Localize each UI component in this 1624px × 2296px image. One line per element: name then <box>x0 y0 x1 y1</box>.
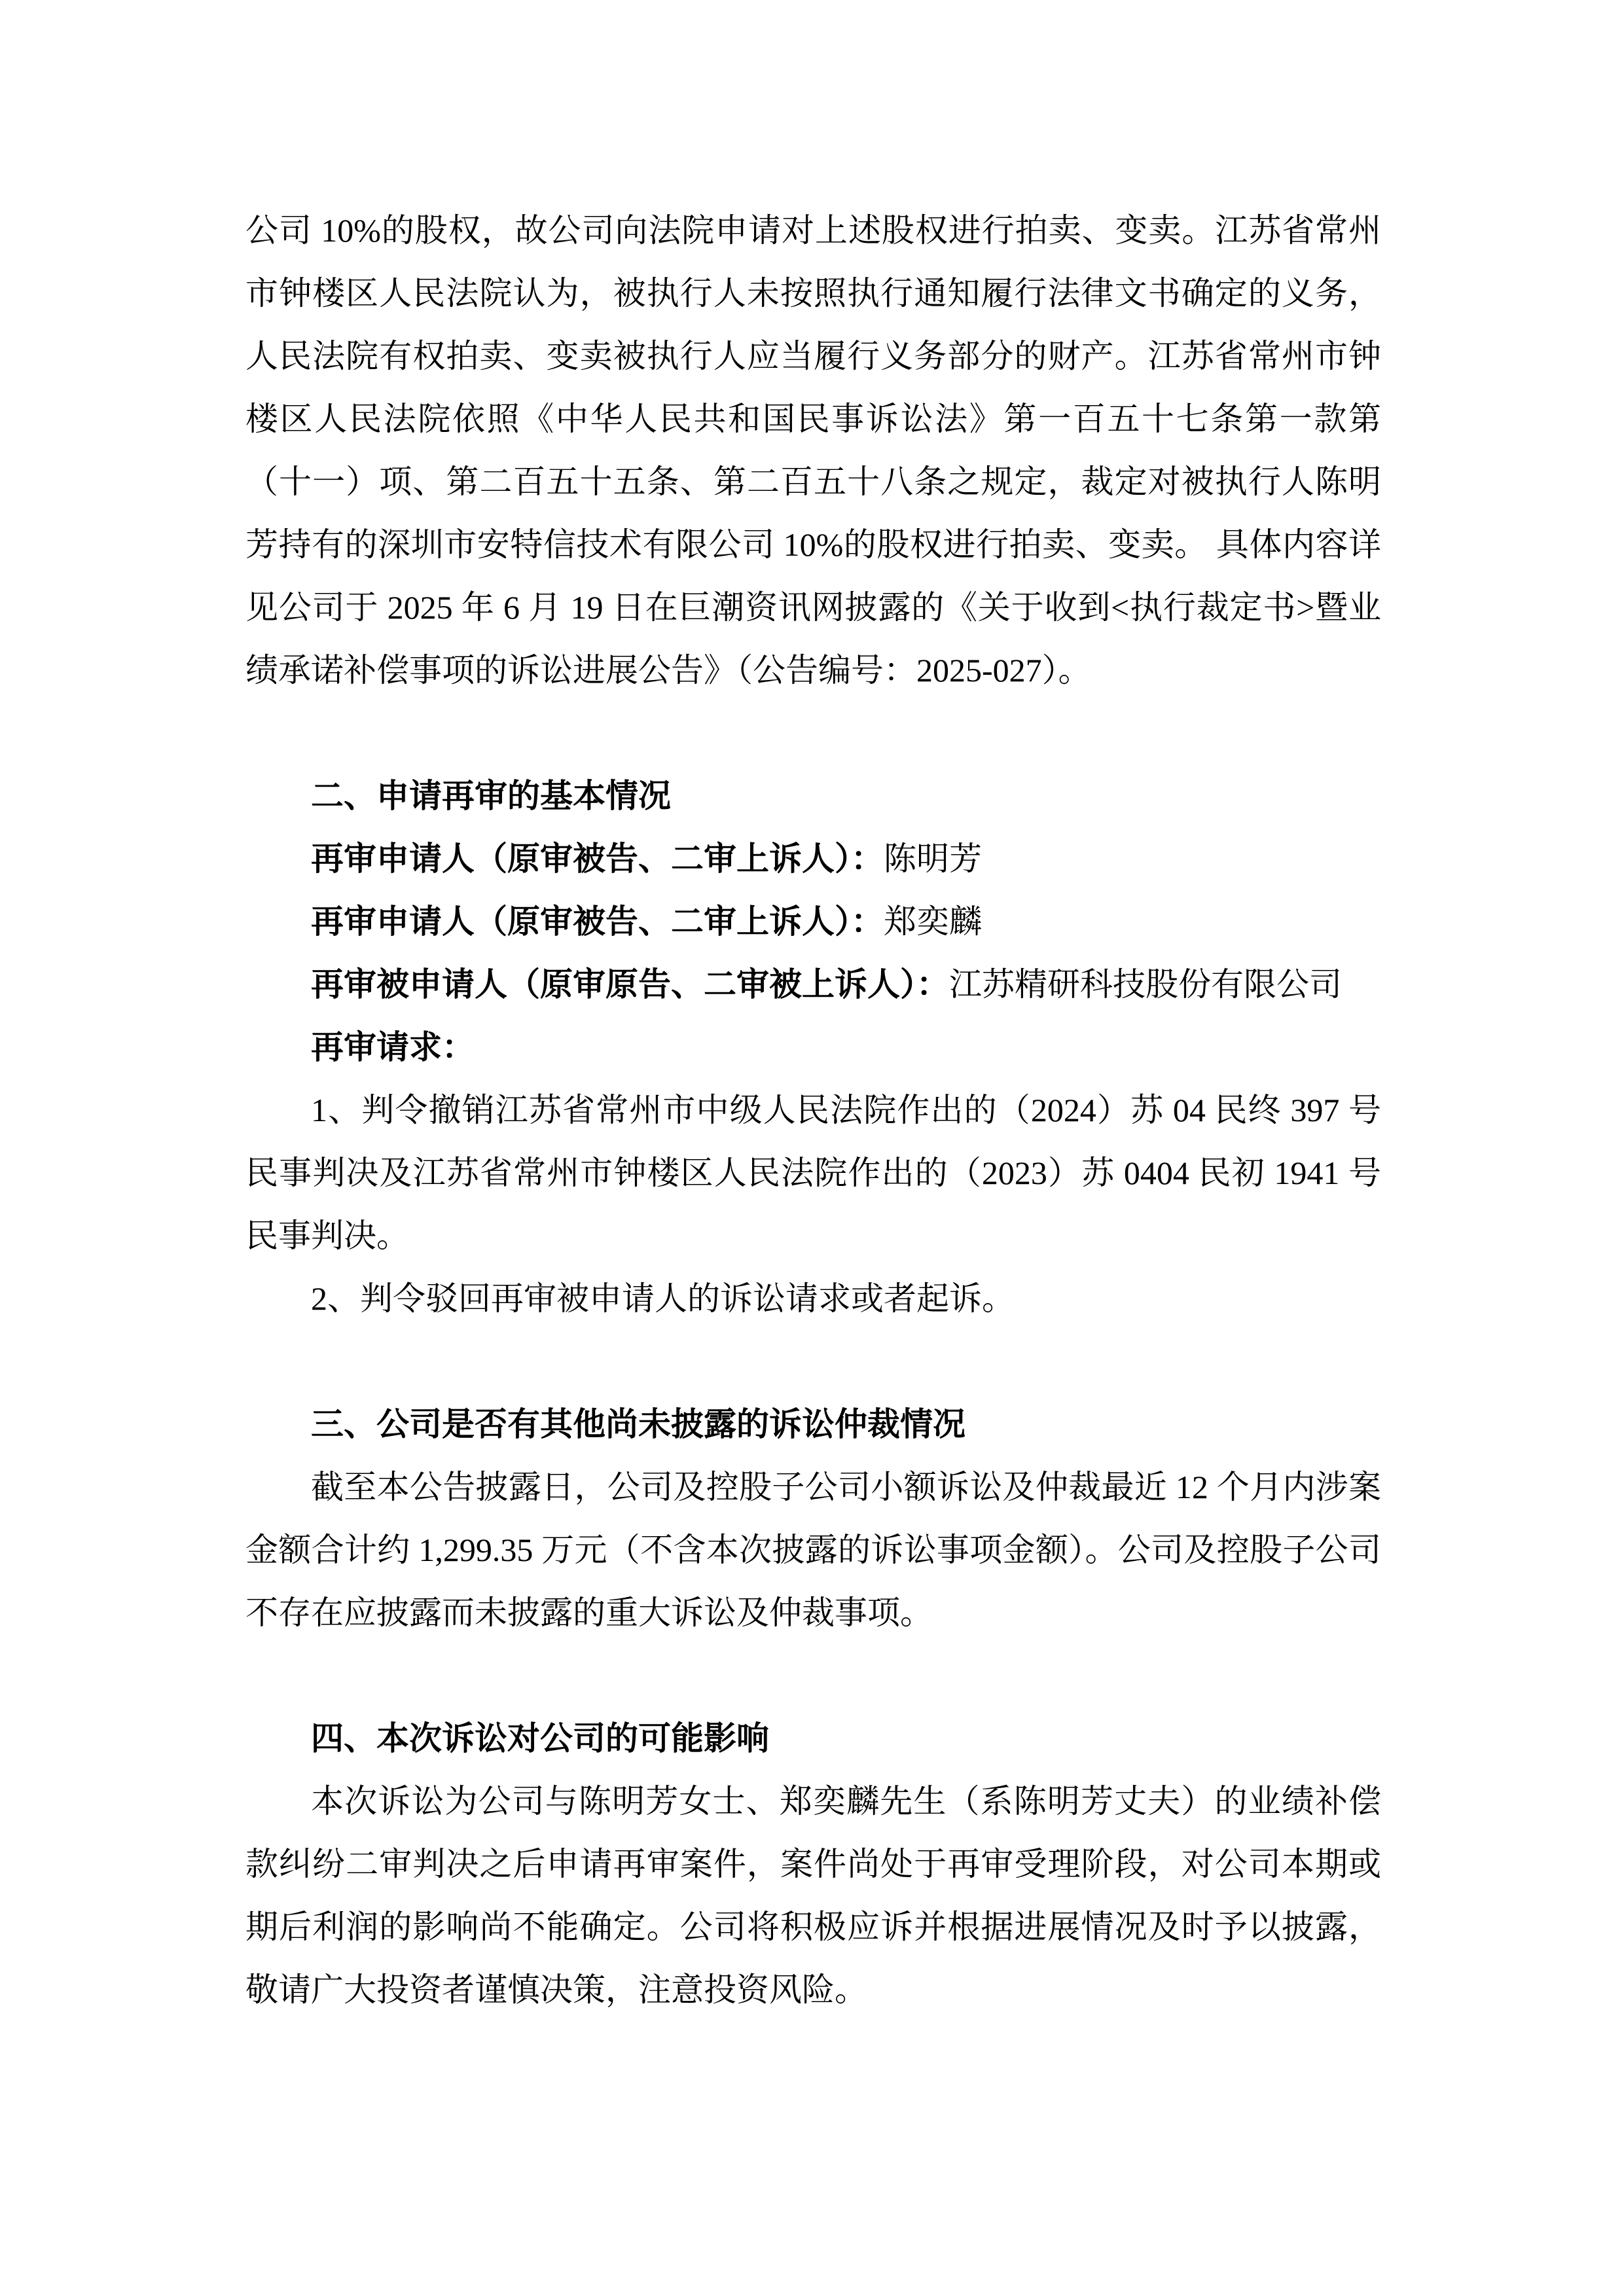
party-label: 再审被申请人（原审原告、二审被上诉人）： <box>311 966 949 1003</box>
party-line: 再审申请人（原审被告、二审上诉人）：陈明芳 <box>245 827 1381 890</box>
section-heading: 三、公司是否有其他尚未披露的诉讼仲裁情况 <box>245 1393 1381 1456</box>
party-label: 再审申请人（原审被告、二审上诉人）： <box>311 840 884 877</box>
party-label: 再审申请人（原审被告、二审上诉人）： <box>311 903 884 940</box>
section-heading: 四、本次诉讼对公司的可能影响 <box>245 1707 1381 1770</box>
party-line: 再审申请人（原审被告、二审上诉人）：郑奕麟 <box>245 890 1381 953</box>
party-value: 江苏精研科技股份有限公司 <box>949 966 1342 1003</box>
blank-line <box>245 702 1381 764</box>
blank-line <box>245 1644 1381 1707</box>
body-paragraph: 截至本公告披露日，公司及控股子公司小额诉讼及仲裁最近 12 个月内涉案金额合计约… <box>245 1456 1381 1644</box>
body-paragraph: 公司 10%的股权，故公司向法院申请对上述股权进行拍卖、变卖。江苏省常州市钟楼区… <box>245 199 1381 702</box>
body-paragraph: 本次诉讼为公司与陈明芳女士、郑奕麟先生（系陈明芳丈夫）的业绩补偿款纠纷二审判决之… <box>245 1770 1381 2021</box>
party-value: 郑奕麟 <box>884 903 982 940</box>
body-paragraph: 1、判令撤销江苏省常州市中级人民法院作出的（2024）苏 04 民终 397 号… <box>245 1079 1381 1267</box>
blank-line <box>245 1330 1381 1393</box>
body-paragraph: 2、判令驳回再审被申请人的诉讼请求或者起诉。 <box>245 1267 1381 1330</box>
section-heading: 二、申请再审的基本情况 <box>245 764 1381 827</box>
announcement-document-page: 公司 10%的股权，故公司向法院申请对上述股权进行拍卖、变卖。江苏省常州市钟楼区… <box>0 0 1624 2296</box>
party-value: 陈明芳 <box>884 840 982 877</box>
party-line: 再审被申请人（原审原告、二审被上诉人）：江苏精研科技股份有限公司 <box>245 953 1381 1016</box>
section-heading: 再审请求： <box>245 1016 1381 1079</box>
